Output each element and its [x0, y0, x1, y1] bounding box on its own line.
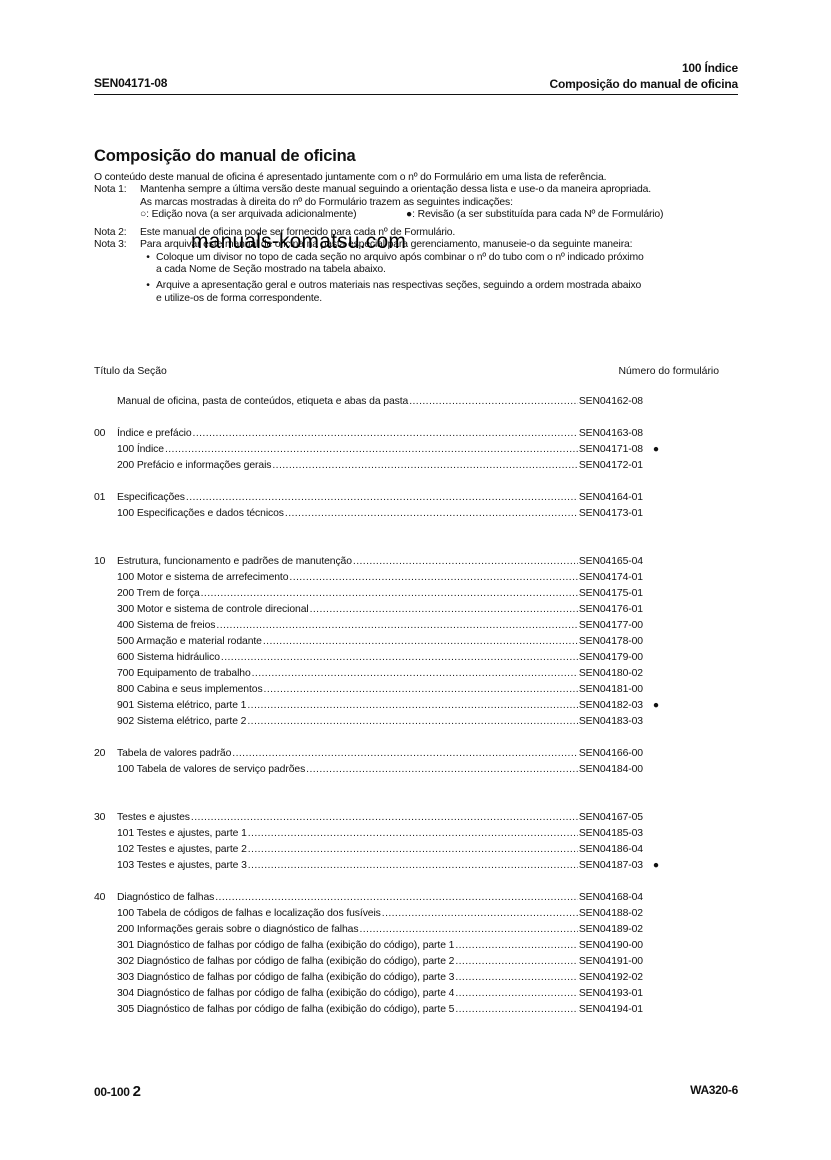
form-number: SEN04178-00 [579, 636, 643, 647]
section-title: 400 Sistema de freios [117, 620, 215, 631]
form-number: SEN04176-01 [579, 604, 643, 615]
section-title: Especificações [117, 492, 185, 503]
table-row: 101 Testes e ajustes, parte 1SEN04185-03 [117, 828, 643, 842]
form-number: SEN04191-00 [579, 956, 643, 967]
dot-leader [193, 428, 578, 439]
table-row: 200 Trem de forçaSEN04175-01 [117, 588, 643, 602]
section-title: Diagnóstico de falhas [117, 892, 214, 903]
dot-leader [455, 940, 577, 951]
form-number: SEN04184-00 [579, 764, 643, 775]
section-name: 100 Índice [550, 60, 739, 76]
table-row: 103 Testes e ajustes, parte 3SEN04187-03… [117, 860, 643, 874]
section-title: 100 Motor e sistema de arrefecimento [117, 572, 288, 583]
dot-leader [201, 588, 578, 599]
section-number: 20 [94, 748, 117, 759]
dot-leader [247, 716, 577, 727]
form-number: SEN04193-01 [579, 988, 643, 999]
form-number: SEN04194-01 [579, 1004, 643, 1015]
dot-leader [165, 444, 578, 455]
section-title: 100 Especificações e dados técnicos [117, 508, 284, 519]
dot-leader [289, 572, 577, 583]
page-index: 2 [133, 1083, 141, 1100]
section-title: 300 Motor e sistema de controle direcion… [117, 604, 309, 615]
table-row: 600 Sistema hidráulicoSEN04179-00 [117, 652, 643, 666]
dot-leader [306, 764, 578, 775]
form-number: SEN04166-00 [579, 748, 643, 759]
section-number: 00 [94, 428, 117, 439]
form-number: SEN04175-01 [579, 588, 643, 599]
form-number: SEN04190-00 [579, 940, 643, 951]
section-title: 600 Sistema hidráulico [117, 652, 220, 663]
dot-leader [310, 604, 578, 615]
form-number: SEN04192-02 [579, 972, 643, 983]
table-row: 00Índice e prefácioSEN04163-08 [94, 428, 643, 442]
section-title: 103 Testes e ajustes, parte 3 [117, 860, 247, 871]
dot-leader [247, 700, 577, 711]
running-header: 100 Índice Composição do manual de ofici… [550, 60, 739, 92]
bullet-text: Arquive a apresentação geral e outros ma… [156, 280, 641, 292]
revision-mark-icon: ● [649, 860, 663, 871]
section-title: 901 Sistema elétrico, parte 1 [117, 700, 246, 711]
page-title: Composição do manual de oficina [94, 147, 356, 166]
table-row: 100 Especificações e dados técnicosSEN04… [117, 508, 643, 522]
table-row: 304 Diagnóstico de falhas por código de … [117, 988, 643, 1002]
bullet-continuation: a cada Nome de Seção mostrado na tabela … [94, 264, 744, 276]
section-number: 40 [94, 892, 117, 903]
table-row: Manual de oficina, pasta de conteúdos, e… [94, 396, 643, 410]
section-title: 100 Índice [117, 444, 164, 455]
bullet-text: a cada Nome de Seção mostrado na tabela … [156, 264, 386, 276]
table-row: 20Tabela de valores padrãoSEN04166-00 [94, 748, 643, 762]
form-number: SEN04167-05 [579, 812, 643, 823]
table-row: 30Testes e ajustesSEN04167-05 [94, 812, 643, 826]
dot-leader [455, 972, 577, 983]
table-row: 301 Diagnóstico de falhas por código de … [117, 940, 643, 954]
dot-leader [248, 860, 578, 871]
dot-leader [285, 508, 578, 519]
revision-mark-icon: ● [649, 700, 663, 711]
dot-leader [215, 892, 578, 903]
column-header-form-number: Número do formulário [619, 366, 719, 377]
form-number: SEN04164-01 [579, 492, 643, 503]
page-number: 00-100 2 [94, 1083, 141, 1100]
table-row: 102 Testes e ajustes, parte 2SEN04186-04 [117, 844, 643, 858]
form-number: SEN04162-08 [579, 396, 643, 407]
dot-leader [248, 828, 578, 839]
section-title: Manual de oficina, pasta de conteúdos, e… [117, 396, 408, 407]
column-header-title: Título da Seção [94, 366, 167, 377]
section-title: Testes e ajustes [117, 812, 190, 823]
table-row: 01EspecificaçõesSEN04164-01 [94, 492, 643, 506]
form-number: SEN04181-00 [579, 684, 643, 695]
section-title: 100 Tabela de códigos de falhas e locali… [117, 908, 381, 919]
section-title: 902 Sistema elétrico, parte 2 [117, 716, 246, 727]
model-code: WA320-6 [690, 1083, 738, 1097]
dot-leader [216, 620, 577, 631]
section-number: 10 [94, 556, 117, 567]
header-rule [94, 94, 738, 95]
dot-leader [409, 396, 578, 407]
form-number: SEN04183-03 [579, 716, 643, 727]
document-code: SEN04171-08 [94, 76, 167, 90]
dot-leader [359, 924, 577, 935]
table-row: 200 Prefácio e informações geraisSEN0417… [117, 460, 643, 474]
mark-revision-legend: ●: Revisão (a ser substituída para cada … [406, 209, 663, 221]
section-title: Índice e prefácio [117, 428, 192, 439]
table-row: 302 Diagnóstico de falhas por código de … [117, 956, 643, 970]
dot-leader [232, 748, 578, 759]
note-1-continuation: As marcas mostradas à direita do nº do F… [94, 197, 744, 209]
table-row: 100 Motor e sistema de arrefecimentoSEN0… [117, 572, 643, 586]
form-number: SEN04179-00 [579, 652, 643, 663]
mark-legend: ○: Edição nova (a ser arquivada adiciona… [94, 209, 744, 221]
form-number: SEN04189-02 [579, 924, 643, 935]
dot-leader [221, 652, 578, 663]
table-header: Título da Seção Número do formulário [94, 366, 719, 377]
form-number: SEN04187-03 [579, 860, 643, 871]
form-number: SEN04171-08 [579, 444, 643, 455]
section-title: 302 Diagnóstico de falhas por código de … [117, 956, 454, 967]
table-row: 100 Tabela de valores de serviço padrões… [117, 764, 643, 778]
form-number: SEN04168-04 [579, 892, 643, 903]
section-title: Estrutura, funcionamento e padrões de ma… [117, 556, 352, 567]
table-row: 300 Motor e sistema de controle direcion… [117, 604, 643, 618]
dot-leader [248, 844, 578, 855]
table-row: 800 Cabina e seus implementosSEN04181-00 [117, 684, 643, 698]
revision-mark-icon: ● [649, 444, 663, 455]
table-row: 200 Informações gerais sobre o diagnósti… [117, 924, 643, 938]
mark-new-legend: ○: Edição nova (a ser arquivada adiciona… [140, 209, 406, 221]
section-title: 200 Prefácio e informações gerais [117, 460, 271, 471]
table-row: 303 Diagnóstico de falhas por código de … [117, 972, 643, 986]
note-label: Nota 1: [94, 184, 140, 196]
note-text: Mantenha sempre a última versão deste ma… [140, 184, 651, 196]
section-title: 303 Diagnóstico de falhas por código de … [117, 972, 454, 983]
dot-leader [263, 636, 578, 647]
form-number: SEN04177-00 [579, 620, 643, 631]
section-title: 301 Diagnóstico de falhas por código de … [117, 940, 454, 951]
section-number: 30 [94, 812, 117, 823]
dot-leader [264, 684, 578, 695]
table-row: 100 Tabela de códigos de falhas e locali… [117, 908, 643, 922]
section-title: 305 Diagnóstico de falhas por código de … [117, 1004, 454, 1015]
watermark: manuals-komatsu.com [191, 230, 406, 254]
table-row: 902 Sistema elétrico, parte 2SEN04183-03 [117, 716, 643, 730]
bullet-icon: • [140, 252, 156, 264]
bullet-text: e utilize-os de forma correspondente. [156, 293, 322, 305]
section-title: 100 Tabela de valores de serviço padrões [117, 764, 305, 775]
section-title: 304 Diagnóstico de falhas por código de … [117, 988, 454, 999]
form-number: SEN04174-01 [579, 572, 643, 583]
form-number: SEN04186-04 [579, 844, 643, 855]
form-number: SEN04163-08 [579, 428, 643, 439]
section-title: 200 Trem de força [117, 588, 200, 599]
table-row: 10Estrutura, funcionamento e padrões de … [94, 556, 643, 570]
intro-line: O conteúdo deste manual de oficina é apr… [94, 172, 744, 184]
table-row: 500 Armação e material rodanteSEN04178-0… [117, 636, 643, 650]
table-row: 901 Sistema elétrico, parte 1SEN04182-03… [117, 700, 643, 714]
dot-leader [353, 556, 578, 567]
form-number: SEN04165-04 [579, 556, 643, 567]
section-number: 01 [94, 492, 117, 503]
dot-leader [252, 668, 578, 679]
table-row: 700 Equipamento de trabalhoSEN04180-02 [117, 668, 643, 682]
table-row: 400 Sistema de freiosSEN04177-00 [117, 620, 643, 634]
table-row: 305 Diagnóstico de falhas por código de … [117, 1004, 643, 1018]
section-title: 700 Equipamento de trabalho [117, 668, 251, 679]
section-title: Tabela de valores padrão [117, 748, 231, 759]
section-subtitle: Composição do manual de oficina [550, 76, 739, 92]
section-title: 500 Armação e material rodante [117, 636, 262, 647]
table-row: 40Diagnóstico de falhasSEN04168-04 [94, 892, 643, 906]
note-label: Nota 3: [94, 239, 140, 251]
note-1: Nota 1: Mantenha sempre a última versão … [94, 184, 744, 196]
section-title: 102 Testes e ajustes, parte 2 [117, 844, 247, 855]
form-number: SEN04188-02 [579, 908, 643, 919]
page-prefix: 00-100 [94, 1085, 130, 1099]
dot-leader [272, 460, 577, 471]
form-number: SEN04185-03 [579, 828, 643, 839]
section-title: 200 Informações gerais sobre o diagnósti… [117, 924, 358, 935]
note-label: Nota 2: [94, 227, 140, 239]
dot-leader [382, 908, 578, 919]
form-number: SEN04172-01 [579, 460, 643, 471]
table-row: 100 ÍndiceSEN04171-08● [117, 444, 643, 458]
bullet-item: • Arquive a apresentação geral e outros … [94, 280, 744, 292]
dot-leader [455, 1004, 577, 1015]
section-title: 800 Cabina e seus implementos [117, 684, 263, 695]
form-number: SEN04173-01 [579, 508, 643, 519]
dot-leader [455, 988, 577, 999]
form-number: SEN04182-03 [579, 700, 643, 711]
dot-leader [455, 956, 577, 967]
dot-leader [186, 492, 578, 503]
section-title: 101 Testes e ajustes, parte 1 [117, 828, 247, 839]
bullet-continuation: e utilize-os de forma correspondente. [94, 293, 744, 305]
bullet-icon: • [140, 280, 156, 292]
dot-leader [191, 812, 578, 823]
form-number: SEN04180-02 [579, 668, 643, 679]
